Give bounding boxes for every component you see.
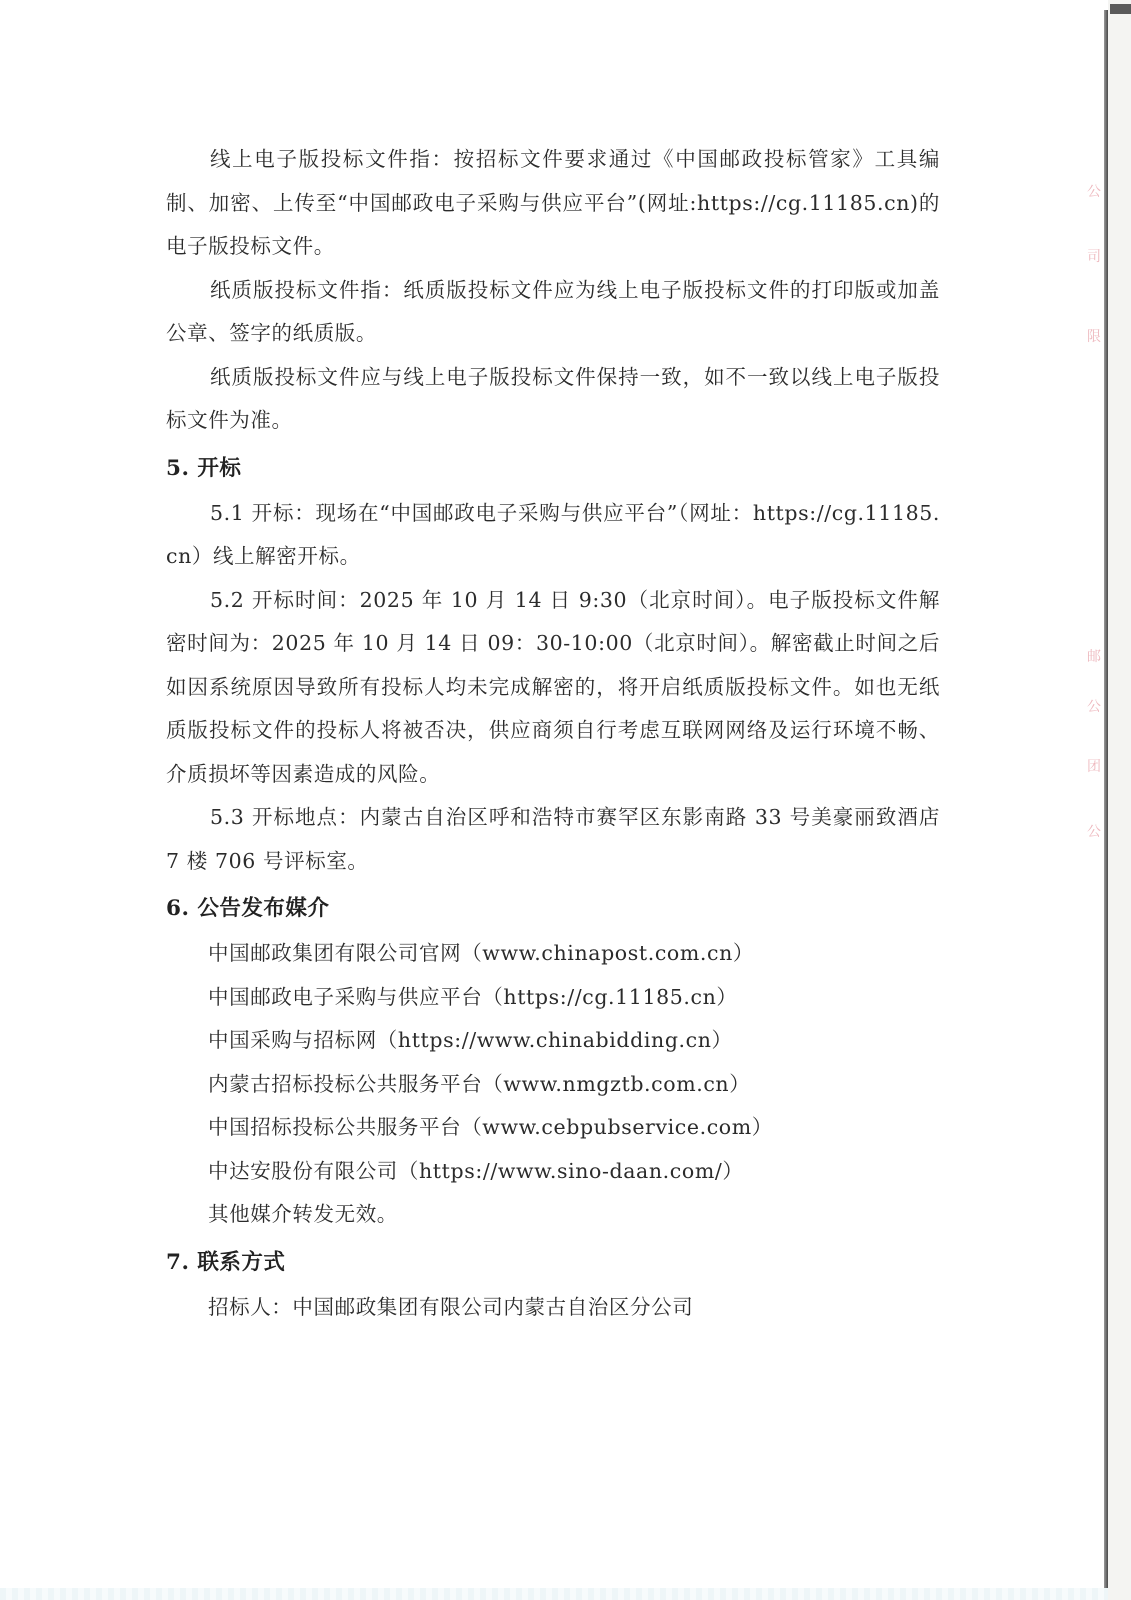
definition-online-bid: 线上电子版投标文件指：按招标文件要求通过《中国邮政投标管家》工具编制、加密、上传… [166, 138, 940, 269]
section-5-3-opening-location: 5.3 开标地点：内蒙古自治区呼和浩特市赛罕区东影南路 33 号美豪丽致酒店 7… [166, 796, 940, 883]
seal-fragment-icon: 限 [1086, 330, 1102, 344]
media-item: 中国采购与招标网（https://www.chinabidding.cn） [166, 1019, 940, 1063]
section-7-heading: 7. 联系方式 [166, 1239, 940, 1286]
seal-fragment-icon: 公 [1086, 825, 1102, 839]
seal-fragment-icon: 团 [1086, 760, 1102, 774]
media-item: 中国邮政电子采购与供应平台（https://cg.11185.cn） [166, 976, 940, 1020]
scanner-margin [1108, 0, 1131, 1600]
page-corner-shadow [1110, 4, 1131, 14]
document-page: 线上电子版投标文件指：按招标文件要求通过《中国邮政投标管家》工具编制、加密、上传… [0, 0, 1108, 1588]
media-list: 中国邮政集团有限公司官网（www.chinapost.com.cn） 中国邮政电… [166, 932, 940, 1237]
seal-fragment-icon: 司 [1086, 250, 1102, 264]
section-5-heading: 5. 开标 [166, 445, 940, 492]
document-body: 线上电子版投标文件指：按招标文件要求通过《中国邮政投标管家》工具编制、加密、上传… [166, 138, 940, 1329]
media-item: 中达安股份有限公司（https://www.sino-daan.com/） [166, 1150, 940, 1194]
section-5-1-opening: 5.1 开标：现场在“中国邮政电子采购与供应平台”（网址：https://cg.… [166, 492, 940, 579]
media-disclaimer: 其他媒介转发无效。 [166, 1193, 940, 1237]
media-item: 中国邮政集团有限公司官网（www.chinapost.com.cn） [166, 932, 940, 976]
seal-fragment-icon: 邮 [1086, 650, 1102, 664]
section-6-heading: 6. 公告发布媒介 [166, 885, 940, 932]
seal-fragment-icon: 公 [1086, 185, 1102, 199]
definition-paper-bid: 纸质版投标文件指：纸质版投标文件应为线上电子版投标文件的打印版或加盖公章、签字的… [166, 269, 940, 356]
media-item: 中国招标投标公共服务平台（www.cebpubservice.com） [166, 1106, 940, 1150]
scanner-bottom-edge [0, 1588, 1108, 1600]
consistency-note: 纸质版投标文件应与线上电子版投标文件保持一致，如不一致以线上电子版投标文件为准。 [166, 356, 940, 443]
section-5-2-opening-time: 5.2 开标时间：2025 年 10 月 14 日 9:30（北京时间）。电子版… [166, 579, 940, 797]
media-item: 内蒙古招标投标公共服务平台（www.nmgztb.com.cn） [166, 1063, 940, 1107]
tenderer-contact: 招标人：中国邮政集团有限公司内蒙古自治区分公司 [166, 1286, 940, 1330]
seal-fragment-icon: 公 [1086, 700, 1102, 714]
page-edge-shadow [1104, 10, 1108, 1600]
